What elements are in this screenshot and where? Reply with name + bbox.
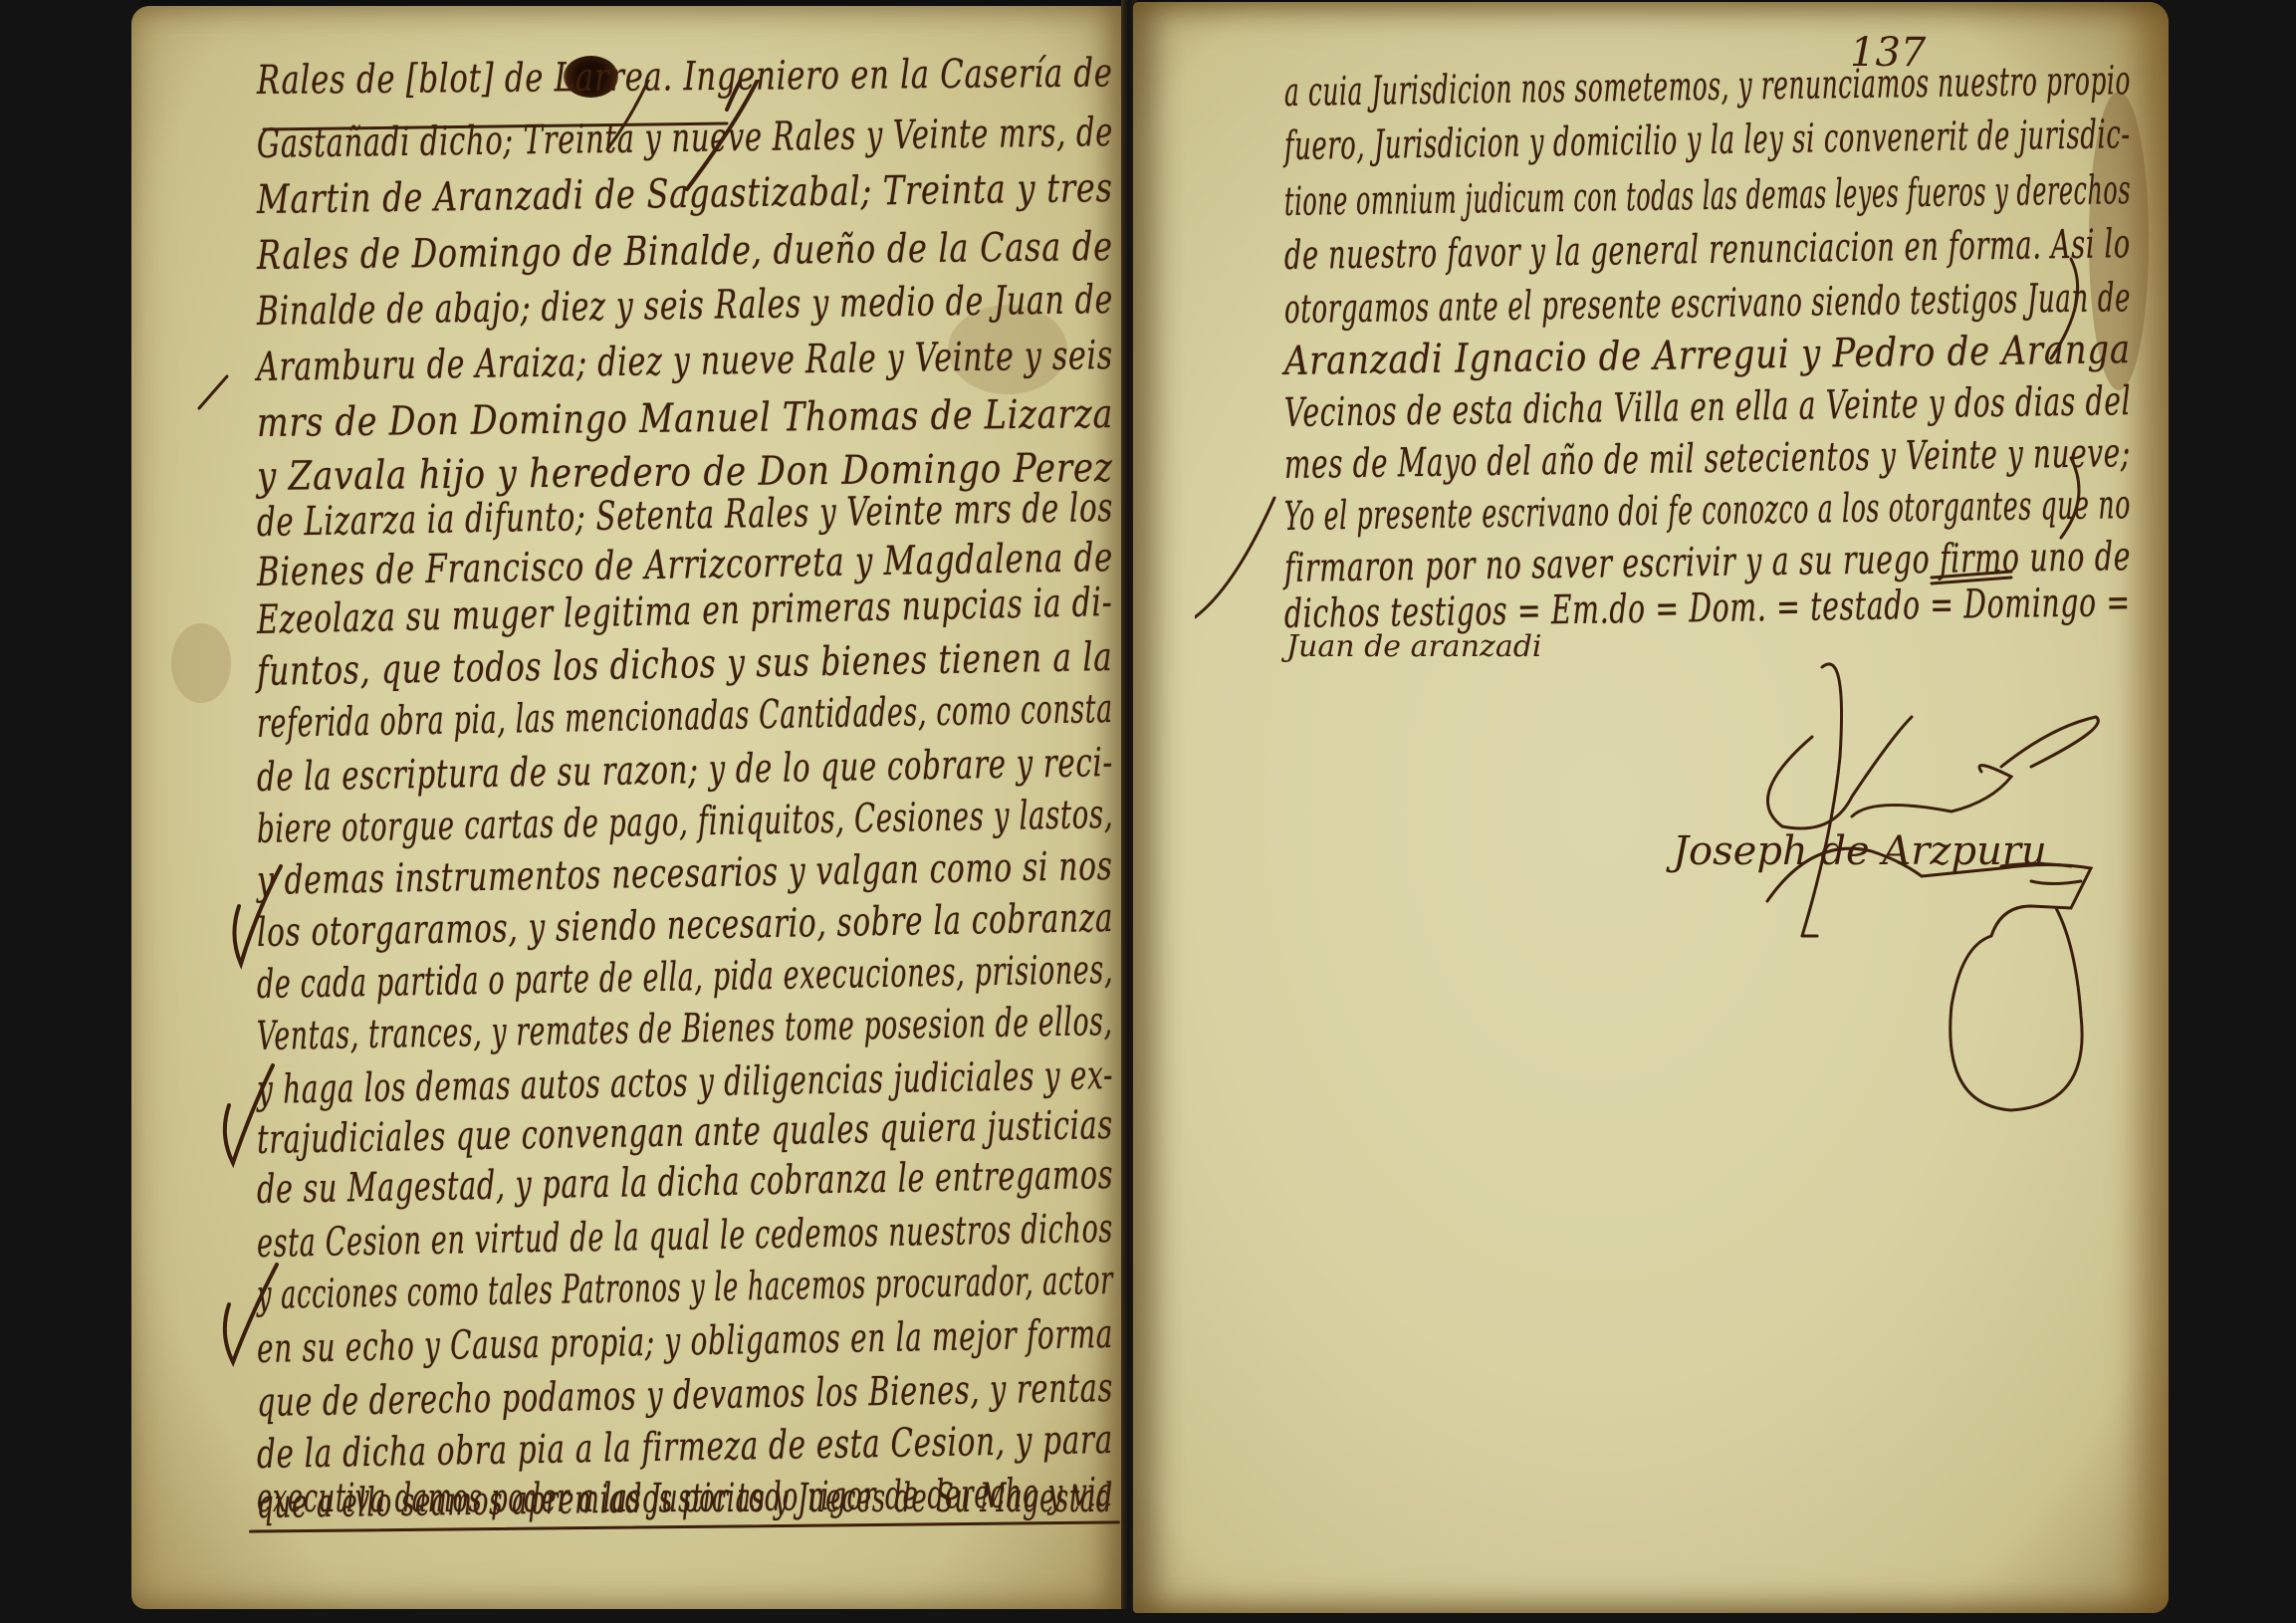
right-margin-strokes (1195, 199, 2151, 657)
notary-signature-name: Joseph de Arzpuru (1673, 828, 2047, 874)
notary-signature-rubric (1673, 637, 2131, 1115)
margin-flourish-strokes (189, 80, 1245, 1533)
open-book-spread: Rales de [blot] de Larrea. Ingeniero en … (0, 0, 2296, 1623)
